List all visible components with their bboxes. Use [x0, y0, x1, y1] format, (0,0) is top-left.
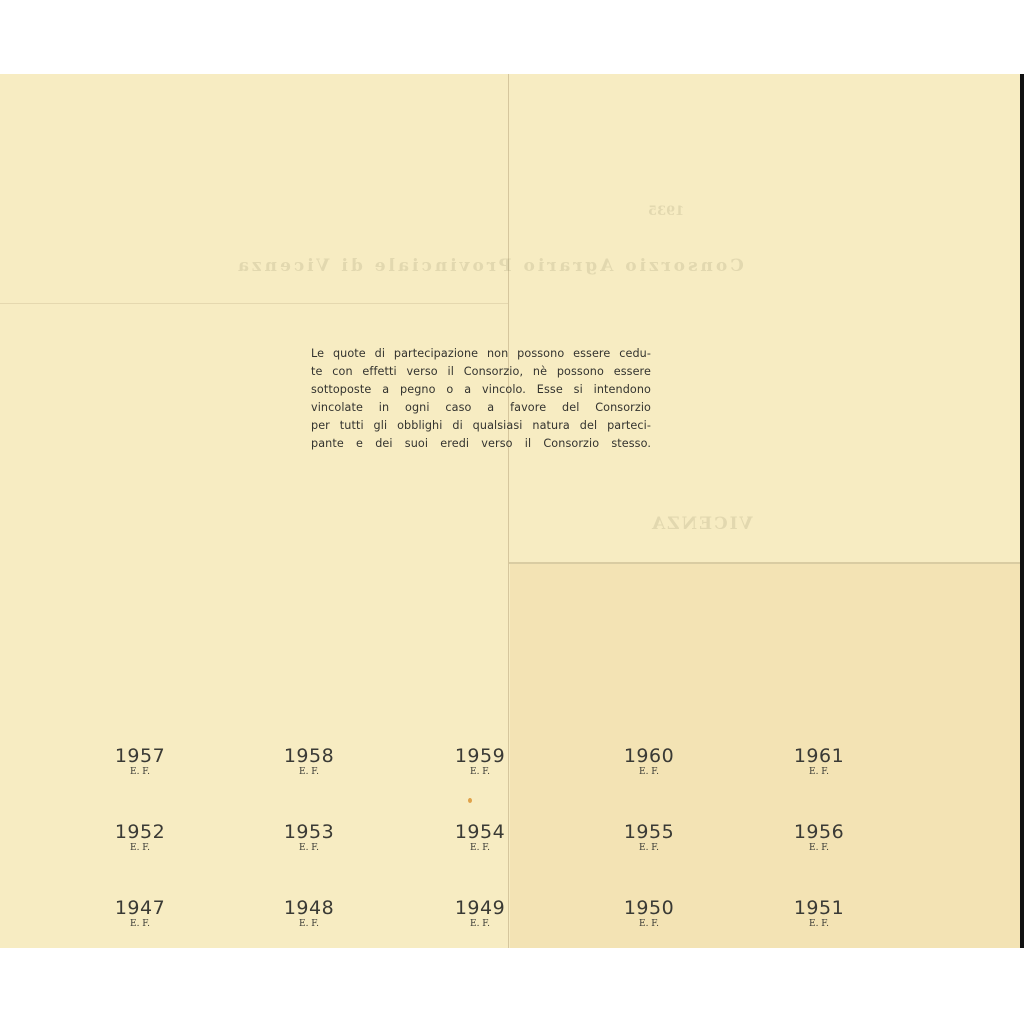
notice-line: sottoposte a pegno o a vincolo. Esse si … — [311, 381, 651, 399]
coupon-1952: 1952E. F. — [85, 822, 195, 854]
coupon-1953: 1953E. F. — [254, 822, 364, 854]
show-through-city: VICENZA — [650, 514, 753, 534]
coupon-year: 1954 — [425, 822, 535, 842]
vertical-fold-line — [508, 74, 509, 948]
coupon-mark: E. F. — [254, 843, 364, 854]
participation-notice: Le quote di partecipazione non possono e… — [311, 345, 651, 453]
scan-edge — [1020, 74, 1024, 948]
notice-line: pante e dei suoi eredi verso il Consorzi… — [311, 435, 651, 453]
coupon-1950: 1950E. F. — [594, 898, 704, 930]
show-through-title: Consorzio Agrario Provinciale di Vicenza — [235, 256, 744, 276]
coupon-year: 1960 — [594, 746, 704, 766]
coupon-1960: 1960E. F. — [594, 746, 704, 778]
coupon-year: 1961 — [764, 746, 874, 766]
coupon-1958: 1958E. F. — [254, 746, 364, 778]
coupon-year: 1951 — [764, 898, 874, 918]
coupon-mark: E. F. — [425, 767, 535, 778]
coupon-mark: E. F. — [764, 767, 874, 778]
coupon-year: 1950 — [594, 898, 704, 918]
coupon-mark: E. F. — [425, 919, 535, 930]
show-through-year: 1935 — [648, 204, 684, 219]
coupon-1959: 1959E. F. — [425, 746, 535, 778]
coupon-1949: 1949E. F. — [425, 898, 535, 930]
coupon-mark: E. F. — [594, 767, 704, 778]
coupon-year: 1958 — [254, 746, 364, 766]
coupon-year: 1952 — [85, 822, 195, 842]
coupon-year: 1953 — [254, 822, 364, 842]
coupon-mark: E. F. — [425, 843, 535, 854]
coupon-1948: 1948E. F. — [254, 898, 364, 930]
notice-line: te con effetti verso il Consorzio, nè po… — [311, 363, 651, 381]
coupon-year: 1955 — [594, 822, 704, 842]
coupon-year: 1948 — [254, 898, 364, 918]
coupon-1961: 1961E. F. — [764, 746, 874, 778]
coupon-mark: E. F. — [594, 919, 704, 930]
coupon-1955: 1955E. F. — [594, 822, 704, 854]
coupon-1951: 1951E. F. — [764, 898, 874, 930]
paper-stain — [468, 798, 472, 803]
notice-line: per tutti gli obblighi di qualsiasi natu… — [311, 417, 651, 435]
notice-line: vincolate in ogni caso a favore del Cons… — [311, 399, 651, 417]
coupon-mark: E. F. — [254, 767, 364, 778]
coupon-1956: 1956E. F. — [764, 822, 874, 854]
coupon-1957: 1957E. F. — [85, 746, 195, 778]
coupon-mark: E. F. — [85, 919, 195, 930]
notice-line: Le quote di partecipazione non possono e… — [311, 345, 651, 363]
coupon-year: 1949 — [425, 898, 535, 918]
coupon-mark: E. F. — [85, 767, 195, 778]
coupon-mark: E. F. — [254, 919, 364, 930]
coupon-mark: E. F. — [594, 843, 704, 854]
horizontal-fold-line-left — [0, 303, 508, 304]
coupon-year: 1959 — [425, 746, 535, 766]
coupon-mark: E. F. — [764, 843, 874, 854]
coupon-mark: E. F. — [764, 919, 874, 930]
paper-sheet: Consorzio Agrario Provinciale di Vicenza… — [0, 74, 1020, 948]
horizontal-fold-line-right — [509, 562, 1020, 564]
coupon-1947: 1947E. F. — [85, 898, 195, 930]
coupon-mark: E. F. — [85, 843, 195, 854]
coupon-year: 1956 — [764, 822, 874, 842]
coupon-year: 1947 — [85, 898, 195, 918]
coupon-1954: 1954E. F. — [425, 822, 535, 854]
coupon-year: 1957 — [85, 746, 195, 766]
